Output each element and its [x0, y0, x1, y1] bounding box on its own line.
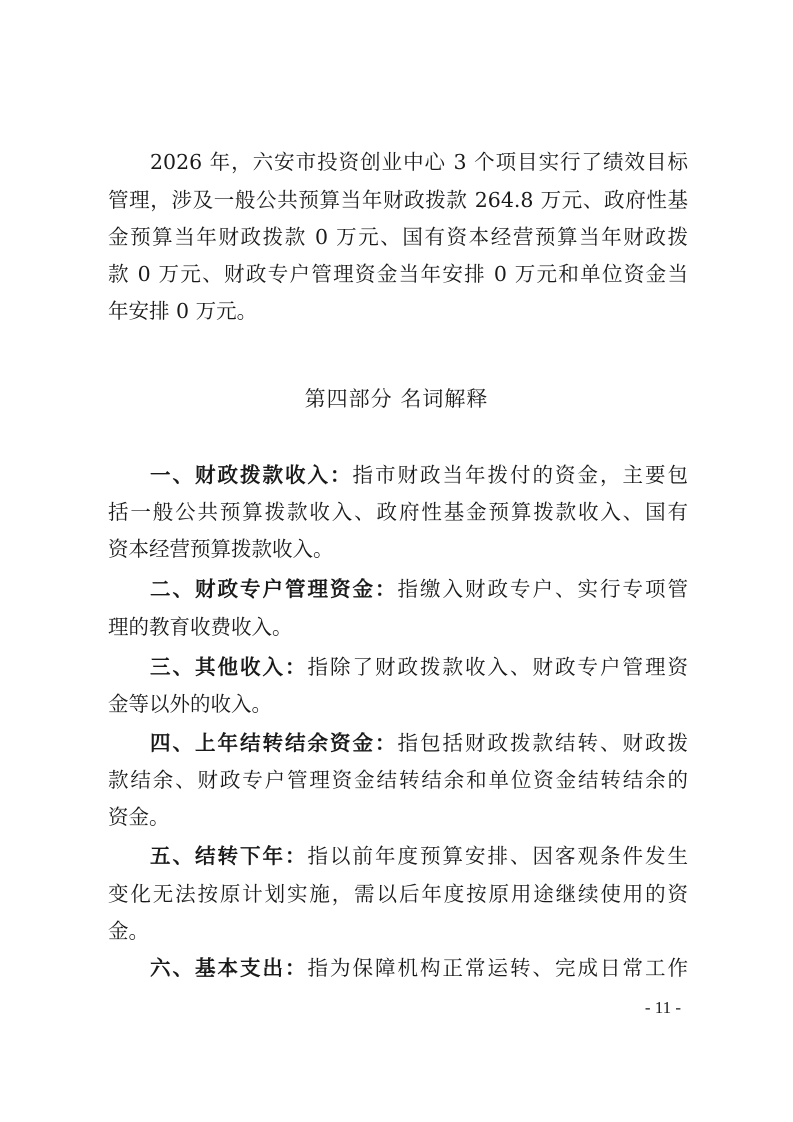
definition-item-2-first-line: 二、财政专户管理资金：指缴入财政专户、实行专项管: [150, 575, 688, 603]
definition-term: 五、结转下年：: [150, 844, 308, 868]
definition-text: 指为保障机构正常运转、完成日常工作: [308, 956, 689, 980]
definition-item-1-first-line: 一、财政拨款收入：指市财政当年拨付的资金，主要包: [150, 461, 688, 489]
definition-item-5-first-line: 五、结转下年：指以前年度预算安排、因客观条件发生: [150, 842, 688, 870]
definition-text: 指以前年度预算安排、因客观条件发生: [308, 844, 689, 868]
definition-line: 资本经营预算拨款收入。: [108, 535, 688, 563]
paragraph-line: 2026 年，六安市投资创业中心 3 个项目实行了绩效目标: [150, 148, 688, 176]
definition-line: 理的教育收费收入。: [108, 613, 688, 641]
definition-term: 一、财政拨款收入：: [150, 463, 353, 487]
paragraph-line: 款 0 万元、财政专户管理资金当年安排 0 万元和单位资金当: [108, 260, 688, 288]
paragraph-line: 年安排 0 万元。: [108, 297, 688, 325]
definition-line: 括一般公共预算拨款收入、政府性基金预算拨款收入、国有: [108, 498, 688, 526]
definition-line: 变化无法按原计划实施，需以后年度按原用途继续使用的资: [108, 880, 688, 908]
definition-term: 二、财政专户管理资金：: [150, 577, 398, 601]
definition-line: 款结余、财政专户管理资金结转结余和单位资金结转结余的: [108, 766, 688, 794]
definition-term: 四、上年结转结余资金：: [150, 731, 398, 755]
definition-term: 三、其他收入：: [150, 655, 308, 679]
paragraph-line: 金预算当年财政拨款 0 万元、国有资本经营预算当年财政拨: [108, 223, 688, 251]
document-page: 2026 年，六安市投资创业中心 3 个项目实行了绩效目标 管理，涉及一般公共预…: [0, 0, 793, 1122]
definition-line: 金。: [108, 917, 688, 945]
definition-text: 指缴入财政专户、实行专项管: [398, 577, 689, 601]
definition-term: 六、基本支出：: [150, 956, 308, 980]
definition-item-4-first-line: 四、上年结转结余资金：指包括财政拨款结转、财政拨: [150, 729, 688, 757]
paragraph-line: 管理，涉及一般公共预算当年财政拨款 264.8 万元、政府性基: [108, 186, 688, 214]
section-heading: 第四部分 名词解释: [0, 384, 793, 414]
definition-text: 指除了财政拨款收入、财政专户管理资: [308, 655, 689, 679]
definition-line: 金等以外的收入。: [108, 690, 688, 718]
definition-text: 指包括财政拨款结转、财政拨: [398, 731, 689, 755]
page-number: - 11 -: [628, 997, 698, 1019]
definition-text: 指市财政当年拨付的资金，主要包: [353, 463, 689, 487]
definition-line: 资金。: [108, 803, 688, 831]
definition-item-6-first-line: 六、基本支出：指为保障机构正常运转、完成日常工作: [150, 954, 688, 982]
definition-item-3-first-line: 三、其他收入：指除了财政拨款收入、财政专户管理资: [150, 653, 688, 681]
